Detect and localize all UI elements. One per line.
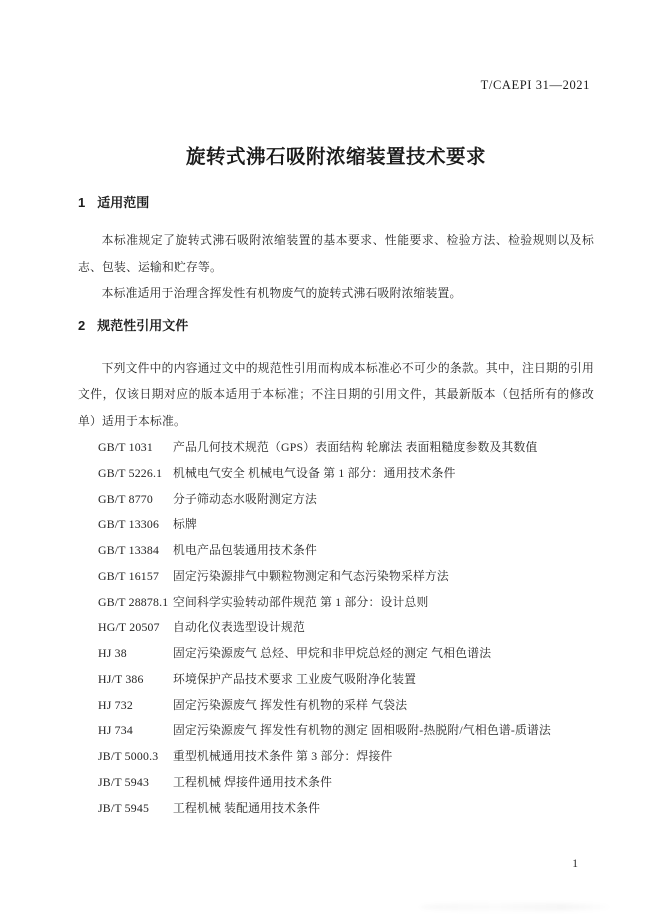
reference-code: GB/T 5226.1 (98, 461, 173, 487)
reference-code: GB/T 8770 (98, 487, 173, 513)
reference-title: 固定污染源废气 挥发性有机物的采样 气袋法 (173, 693, 594, 719)
reference-title: 分子筛动态水吸附测定方法 (173, 487, 594, 513)
reference-title: 机械电气安全 机械电气设备 第 1 部分：通用技术条件 (173, 461, 594, 487)
reference-row: HJ 734 固定污染源废气 挥发性有机物的测定 固相吸附-热脱附/气相色谱-质… (98, 718, 594, 744)
reference-row: GB/T 16157 固定污染源排气中颗粒物测定和气态污染物采样方法 (98, 564, 594, 590)
reference-code: GB/T 1031 (98, 435, 173, 461)
reference-title: 工程机械 焊接件通用技术条件 (173, 770, 594, 796)
reference-row: GB/T 5226.1 机械电气安全 机械电气设备 第 1 部分：通用技术条件 (98, 461, 594, 487)
reference-title: 机电产品包装通用技术条件 (173, 538, 594, 564)
reference-code: JB/T 5945 (98, 796, 173, 822)
reference-code: HJ 38 (98, 641, 173, 667)
reference-title: 重型机械通用技术条件 第 3 部分：焊接件 (173, 744, 594, 770)
page-title: 旋转式沸石吸附浓缩装置技术要求 (78, 141, 594, 169)
page-number: 1 (572, 858, 578, 870)
references-list: GB/T 1031 产品几何技术规范（GPS）表面结构 轮廓法 表面粗糙度参数及… (98, 435, 594, 821)
reference-row: HG/T 20507 自动化仪表选型设计规范 (98, 615, 594, 641)
reference-row: HJ 732 固定污染源废气 挥发性有机物的采样 气袋法 (98, 693, 594, 719)
reference-title: 固定污染源废气 挥发性有机物的测定 固相吸附-热脱附/气相色谱-质谱法 (173, 718, 594, 744)
reference-row: GB/T 13384 机电产品包装通用技术条件 (98, 538, 594, 564)
reference-title: 自动化仪表选型设计规范 (173, 615, 594, 641)
reference-code: GB/T 16157 (98, 564, 173, 590)
reference-title: 固定污染源废气 总烃、甲烷和非甲烷总烃的测定 气相色谱法 (173, 641, 594, 667)
reference-code: HJ 732 (98, 693, 173, 719)
reference-row: JB/T 5945 工程机械 装配通用技术条件 (98, 796, 594, 822)
reference-code: GB/T 28878.1 (98, 590, 173, 616)
reference-code: HJ/T 386 (98, 667, 173, 693)
reference-title: 产品几何技术规范（GPS）表面结构 轮廓法 表面粗糙度参数及其数值 (173, 435, 594, 461)
reference-title: 工程机械 装配通用技术条件 (173, 796, 594, 822)
doc-code: T/CAEPI 31—2021 (481, 78, 590, 93)
reference-row: GB/T 13306 标牌 (98, 512, 594, 538)
document-page: T/CAEPI 31—2021 旋转式沸石吸附浓缩装置技术要求 1 适用范围 本… (0, 0, 650, 919)
reference-title: 标牌 (173, 512, 594, 538)
reference-title: 环境保护产品技术要求 工业废气吸附净化装置 (173, 667, 594, 693)
section-1-number: 1 (78, 190, 85, 216)
reference-row: HJ 38 固定污染源废气 总烃、甲烷和非甲烷总烃的测定 气相色谱法 (98, 641, 594, 667)
reference-row: GB/T 8770 分子筛动态水吸附测定方法 (98, 487, 594, 513)
reference-code: HJ 734 (98, 718, 173, 744)
section-2-title: 规范性引用文件 (97, 313, 188, 339)
reference-code: GB/T 13306 (98, 512, 173, 538)
reference-row: JB/T 5000.3 重型机械通用技术条件 第 3 部分：焊接件 (98, 744, 594, 770)
reference-code: JB/T 5000.3 (98, 744, 173, 770)
reference-row: JB/T 5943 工程机械 焊接件通用技术条件 (98, 770, 594, 796)
section-2-heading: 2 规范性引用文件 (78, 313, 594, 339)
reference-code: JB/T 5943 (98, 770, 173, 796)
reference-title: 空间科学实验转动部件规范 第 1 部分：设计总则 (173, 590, 594, 616)
scan-artifact (420, 903, 610, 911)
section-1-paragraph-1: 本标准规定了旋转式沸石吸附浓缩装置的基本要求、性能要求、检验方法、检验规则以及标… (78, 227, 594, 280)
reference-code: HG/T 20507 (98, 615, 173, 641)
section-1-heading: 1 适用范围 (78, 190, 594, 216)
reference-code: GB/T 13384 (98, 538, 173, 564)
reference-row: GB/T 28878.1 空间科学实验转动部件规范 第 1 部分：设计总则 (98, 590, 594, 616)
section-1-paragraph-2: 本标准适用于治理含挥发性有机物废气的旋转式沸石吸附浓缩装置。 (78, 280, 594, 307)
reference-row: HJ/T 386 环境保护产品技术要求 工业废气吸附净化装置 (98, 667, 594, 693)
section-2-intro-paragraph: 下列文件中的内容通过文中的规范性引用而构成本标准必不可少的条款。其中，注日期的引… (78, 355, 594, 435)
reference-row: GB/T 1031 产品几何技术规范（GPS）表面结构 轮廓法 表面粗糙度参数及… (98, 435, 594, 461)
section-1-title: 适用范围 (97, 190, 149, 216)
document-content: 1 适用范围 本标准规定了旋转式沸石吸附浓缩装置的基本要求、性能要求、检验方法、… (78, 190, 594, 821)
reference-title: 固定污染源排气中颗粒物测定和气态污染物采样方法 (173, 564, 594, 590)
section-2-number: 2 (78, 313, 85, 339)
